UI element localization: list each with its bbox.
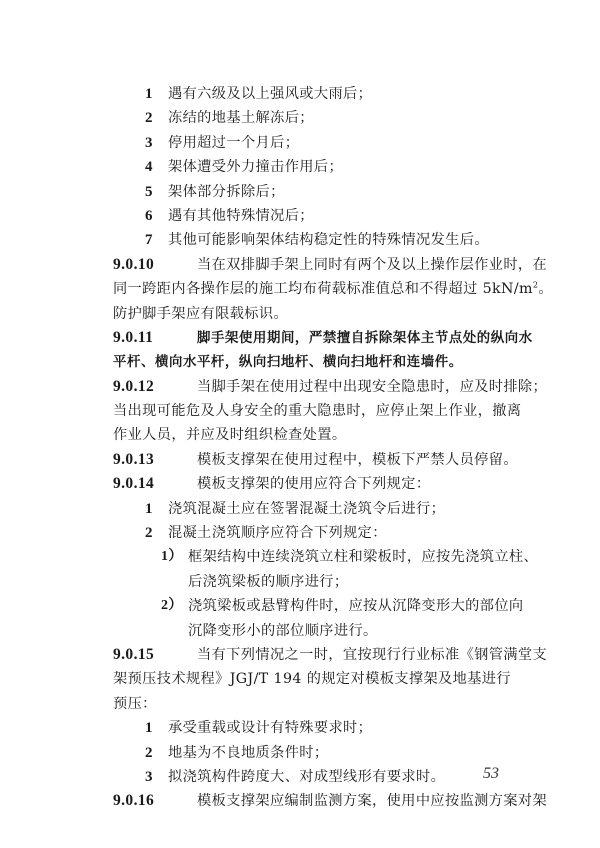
sub-item: 2）浇筑梁板或悬臂构件时，应按从沉降变形大的部位向 xyxy=(113,594,513,618)
clause-text: 模板支撑架应编制监测方案，使用中应按监测方案对架 xyxy=(197,793,547,809)
item-number: 2 xyxy=(145,521,153,545)
list-item: 3停用超过一个月后； xyxy=(113,131,513,155)
item-number: 4 xyxy=(145,155,153,179)
item-number: 1 xyxy=(145,716,153,740)
clause-text: 平杆、横向水平杆，纵向扫地杆、横向扫地杆和连墙件。 xyxy=(113,355,463,370)
clause-text-line: 作业人员，并应及时组织检查处置。 xyxy=(113,423,513,447)
clause-text-line: 平杆、横向水平杆，纵向扫地杆、横向扫地杆和连墙件。 xyxy=(113,350,513,374)
sub-item-number: 2） xyxy=(161,594,183,618)
list-item: 3拟浇筑构件跨度大、对成型线形有要求时。 xyxy=(113,765,513,789)
punctuation: 。 xyxy=(538,281,553,297)
clause-text: 脚手架使用期间，严禁擅自拆除架体主节点处的纵向水 xyxy=(197,331,533,346)
clause-number: 9.0.14 xyxy=(113,472,197,496)
clause-text-line: 架预压技术规程》JGJ/T 194 的规定对模板支撑架及地基进行 xyxy=(113,667,513,691)
clause-text: 防护脚手架应有限载标识。 xyxy=(113,306,288,322)
item-number: 7 xyxy=(145,228,153,252)
clause-text: 当出现可能危及人身安全的重大隐患时，应停止架上作业，撤离 xyxy=(113,403,521,419)
list-item: 2混凝土浇筑顺序应符合下列规定： xyxy=(113,521,513,545)
clause-9-0-15: 9.0.15当有下列情况之一时，宜按现行行业标准《钢管满堂支 xyxy=(113,643,513,667)
clause-text-line: 防护脚手架应有限载标识。 xyxy=(113,302,513,326)
item-text: 冻结的地基土解冻后； xyxy=(168,106,314,130)
list-item: 2冻结的地基土解冻后； xyxy=(113,106,513,130)
document-page: 1遇有六级及以上强风或大雨后； 2冻结的地基土解冻后； 3停用超过一个月后； 4… xyxy=(113,82,513,814)
sub-item-number: 1） xyxy=(161,545,183,569)
list-item: 5架体部分拆除后； xyxy=(113,180,513,204)
clause-number: 9.0.12 xyxy=(113,375,197,399)
clause-text: 作业人员，并应及时组织检查处置。 xyxy=(113,427,346,443)
list-item: 2地基为不良地质条件时； xyxy=(113,741,513,765)
clause-text-line: 预压： xyxy=(113,692,513,716)
clause-text: 架预压技术规程》JGJ/T 194 的规定对模板支撑架及地基进行 xyxy=(113,671,511,687)
clause-number: 9.0.11 xyxy=(113,326,197,350)
item-number: 3 xyxy=(145,131,153,155)
clause-text-line: 当出现可能危及人身安全的重大隐患时，应停止架上作业，撤离 xyxy=(113,399,513,423)
clause-text-line: 同一跨距内各操作层的施工均布荷载标准值总和不得超过 5kN/m2。 xyxy=(113,277,513,301)
list-item: 1浇筑混凝土应在签署混凝土浇筑令后进行； xyxy=(113,497,513,521)
list-item: 7其他可能影响架体结构稳定性的特殊情况发生后。 xyxy=(113,228,513,252)
clause-9-0-13: 9.0.13模板支撑架在使用过程中，模板下严禁人员停留。 xyxy=(113,448,513,472)
item-number: 1 xyxy=(145,497,153,521)
sub-item-text: 后浇筑梁板的顺序进行； xyxy=(188,570,348,594)
clause-9-0-10: 9.0.10当在双排脚手架上同时有两个及以上操作层作业时，在 xyxy=(113,253,513,277)
clause-9-0-11: 9.0.11脚手架使用期间，严禁擅自拆除架体主节点处的纵向水 xyxy=(113,326,513,350)
list-item: 4架体遭受外力撞击作用后； xyxy=(113,155,513,179)
item-text: 拟浇筑构件跨度大、对成型线形有要求时。 xyxy=(168,765,445,789)
item-text: 浇筑混凝土应在签署混凝土浇筑令后进行； xyxy=(168,497,445,521)
clause-text: 预压： xyxy=(113,696,157,712)
item-text: 混凝土浇筑顺序应符合下列规定： xyxy=(168,521,387,545)
clause-text: 模板支撑架的使用应符合下列规定： xyxy=(197,476,430,492)
item-text: 遇有其他特殊情况后； xyxy=(168,204,314,228)
clause-text: 当脚手架在使用过程中出现安全隐患时，应及时排除； xyxy=(197,379,547,395)
item-number: 2 xyxy=(145,106,153,130)
clause-9-0-16: 9.0.16模板支撑架应编制监测方案，使用中应按监测方案对架 xyxy=(113,789,513,813)
list-item: 6遇有其他特殊情况后； xyxy=(113,204,513,228)
sub-item-continuation: 后浇筑梁板的顺序进行； xyxy=(113,570,513,594)
sub-item-text: 沉降变形小的部位顺序进行。 xyxy=(188,619,378,643)
clause-text: 当有下列情况之一时，宜按现行行业标准《钢管满堂支 xyxy=(197,647,547,663)
item-text: 其他可能影响架体结构稳定性的特殊情况发生后。 xyxy=(168,228,489,252)
clause-9-0-12: 9.0.12当脚手架在使用过程中出现安全隐患时，应及时排除； xyxy=(113,375,513,399)
sub-item-continuation: 沉降变形小的部位顺序进行。 xyxy=(113,619,513,643)
list-item: 1承受重载或设计有特殊要求时； xyxy=(113,716,513,740)
sub-item-text: 框架结构中连续浇筑立柱和梁板时，应按先浇筑立柱、 xyxy=(188,545,538,569)
item-text: 架体部分拆除后； xyxy=(168,180,285,204)
clause-number: 9.0.16 xyxy=(113,789,197,813)
clause-text: 当在双排脚手架上同时有两个及以上操作层作业时，在 xyxy=(197,257,547,273)
clause-text: 模板支撑架在使用过程中，模板下严禁人员停留。 xyxy=(197,452,518,468)
item-number: 1 xyxy=(145,82,153,106)
clause-number: 9.0.15 xyxy=(113,643,197,667)
item-number: 3 xyxy=(145,765,153,789)
page-number: 53 xyxy=(483,765,499,783)
item-text: 承受重载或设计有特殊要求时； xyxy=(168,716,372,740)
list-item: 1遇有六级及以上强风或大雨后； xyxy=(113,82,513,106)
sub-item-text: 浇筑梁板或悬臂构件时，应按从沉降变形大的部位向 xyxy=(188,594,524,618)
item-number: 2 xyxy=(145,741,153,765)
clause-number: 9.0.10 xyxy=(113,253,197,277)
clause-number: 9.0.13 xyxy=(113,448,197,472)
item-number: 6 xyxy=(145,204,153,228)
item-text: 遇有六级及以上强风或大雨后； xyxy=(168,82,372,106)
item-number: 5 xyxy=(145,180,153,204)
item-text: 架体遭受外力撞击作用后； xyxy=(168,155,343,179)
clause-text: 同一跨距内各操作层的施工均布荷载标准值总和不得超过 5kN/m xyxy=(113,281,533,297)
sub-item: 1）框架结构中连续浇筑立柱和梁板时，应按先浇筑立柱、 xyxy=(113,545,513,569)
clause-9-0-14: 9.0.14模板支撑架的使用应符合下列规定： xyxy=(113,472,513,496)
item-text: 停用超过一个月后； xyxy=(168,131,299,155)
item-text: 地基为不良地质条件时； xyxy=(168,741,328,765)
